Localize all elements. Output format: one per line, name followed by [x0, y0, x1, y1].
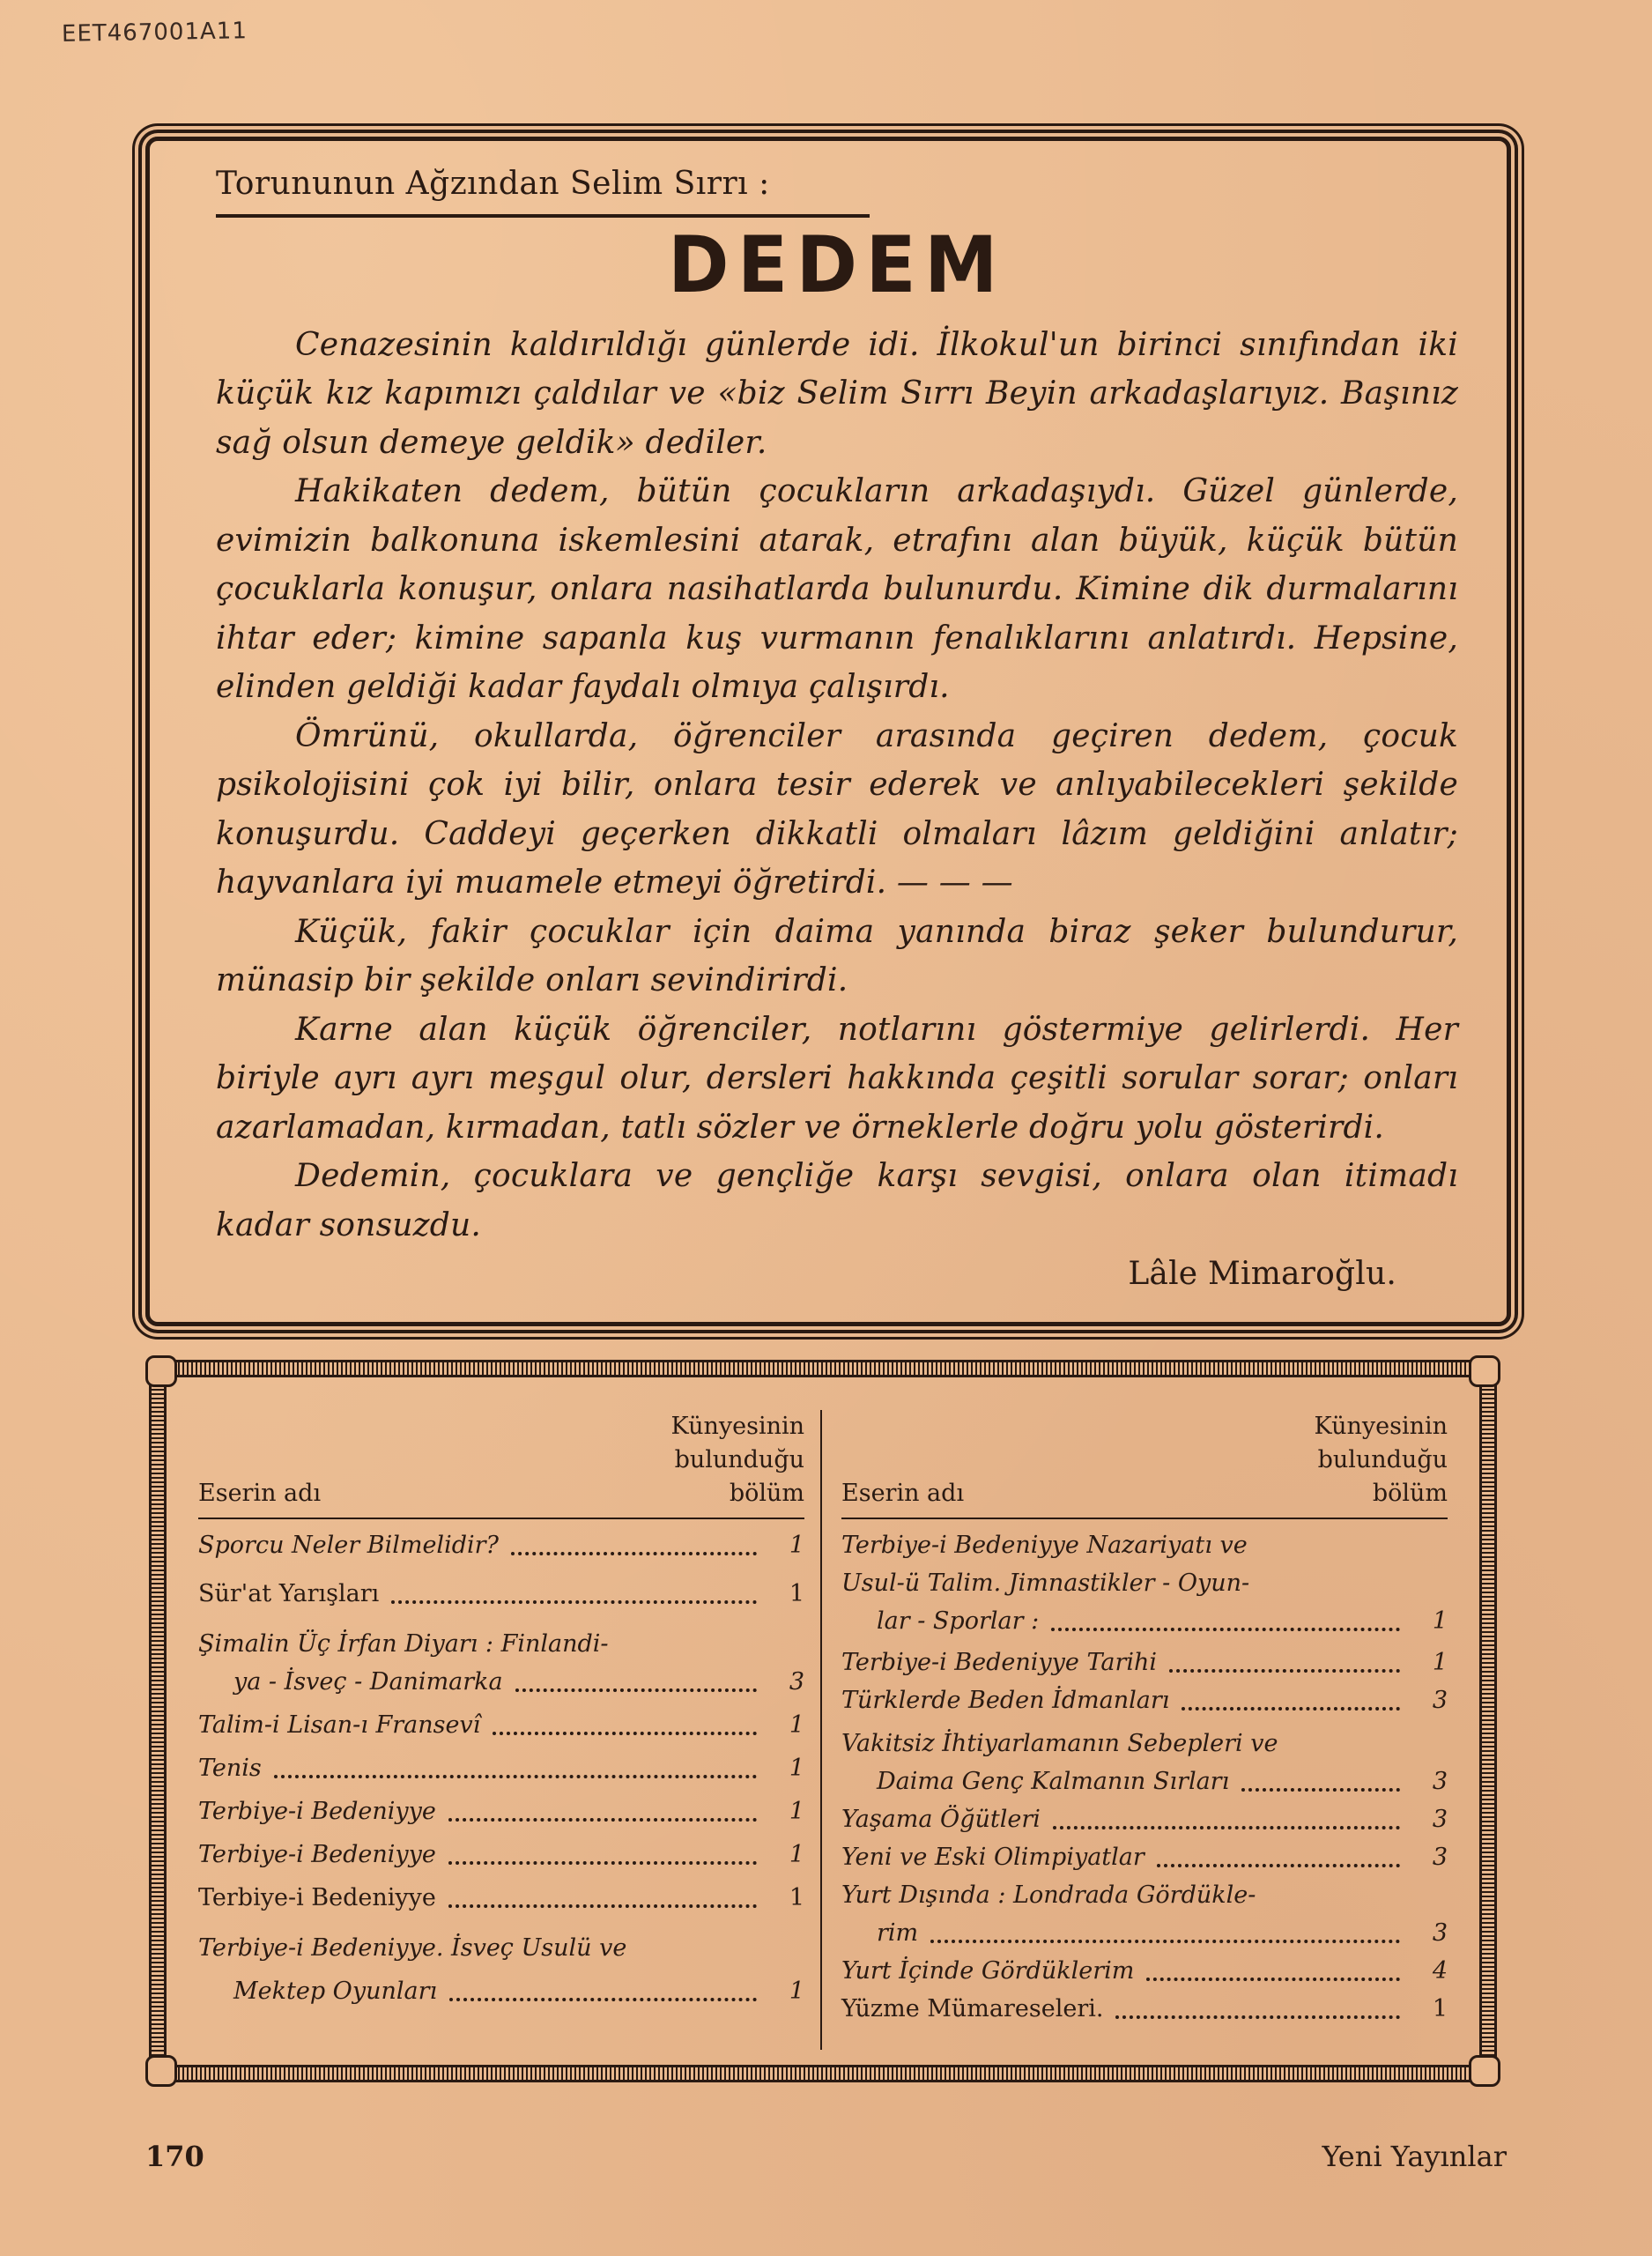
section-number: 1	[1412, 1602, 1448, 1640]
publication-name: Yeni Yayınlar	[1322, 2140, 1507, 2173]
header-section-line: bölüm	[671, 1477, 805, 1510]
table-row: Terbiye-i Bedeniyye Tarihi 1	[841, 1644, 1448, 1681]
corner-ornament-icon	[145, 2055, 177, 2087]
work-title: Daima Genç Kalmanın Sırları	[877, 1762, 1229, 1800]
section-number: 1	[1412, 1644, 1448, 1681]
section-number: 1	[769, 1792, 804, 1830]
corner-ornament-icon	[145, 1355, 177, 1387]
article-paragraph: Karne alan küçük öğrenciler, notlarını g…	[216, 1006, 1458, 1153]
page-number: 170	[145, 2140, 204, 2173]
catalog-column-right: Eserin adı Künyesinin bulunduğu bölüm Te…	[822, 1410, 1467, 2050]
article-paragraph: Dedemin, çocuklara ve gençliğe karşı sev…	[216, 1152, 1458, 1250]
kicker-rule	[216, 214, 870, 218]
table-row: Yüzme Mümareseleri. 1	[841, 1990, 1448, 2028]
section-number: 1	[1412, 1990, 1448, 2028]
work-title-line: Terbiye-i Bedeniyye Nazariyatı ve	[841, 1526, 1448, 1564]
table-row: Yaşama Öğütleri 3	[841, 1800, 1448, 1838]
work-title: Mektep Oyunları	[233, 1972, 437, 2010]
header-section-line: Künyesinin	[671, 1410, 805, 1443]
work-title: Talim-i Lisan-ı Fransevî	[198, 1706, 480, 1744]
section-number: 4	[1412, 1952, 1448, 1990]
table-row: Terbiye-i Bedeniyye 1	[198, 1792, 804, 1830]
table-row: Türklerde Beden İdmanları 3	[841, 1681, 1448, 1719]
work-title: Sporcu Neler Bilmelidir?	[198, 1526, 499, 1564]
section-number: 1	[769, 1575, 804, 1613]
article-headline: DEDEM	[247, 223, 1427, 308]
work-title-line: Vakitsiz İhtiyarlamanın Sebepleri ve	[841, 1725, 1448, 1762]
dot-leader	[448, 1903, 757, 1908]
work-title: Terbiye-i Bedeniyye	[198, 1792, 436, 1830]
table-row: Talim-i Lisan-ı Fransevî 1	[198, 1706, 804, 1744]
article-paragraph: Cenazesinin kaldırıldığı günlerde idi. İ…	[216, 321, 1458, 468]
article-content: Torununun Ağzından Selim Sırrı : DEDEM C…	[216, 166, 1458, 1299]
work-title-line: Usul-ü Talim. Jimnastikler - Oyun-	[841, 1564, 1448, 1602]
signature-line: Lâle Mimaroğlu.	[216, 1250, 1458, 1299]
table-row: Şimalin Üç İrfan Diyarı : Finlandi- ya -…	[198, 1625, 804, 1701]
table-row: Terbiye-i Bedeniyye 1	[198, 1836, 804, 1874]
work-title: Sür'at Yarışları	[198, 1575, 379, 1613]
dot-leader	[930, 1939, 1400, 1943]
page-footer: 170 Yeni Yayınlar	[145, 2140, 1507, 2173]
section-number: 3	[1412, 1838, 1448, 1876]
column-header: Eserin adı Künyesinin bulunduğu bölüm	[198, 1410, 804, 1519]
column-header: Eserin adı Künyesinin bulunduğu bölüm	[841, 1410, 1448, 1519]
table-row: Yeni ve Eski Olimpiyatlar 3	[841, 1838, 1448, 1876]
table-row: Terbiye-i Bedeniyye. İsveç Usulü ve Mekt…	[198, 1929, 804, 2010]
work-title: Yurt İçinde Gördüklerim	[841, 1952, 1134, 1990]
table-row: Vakitsiz İhtiyarlamanın Sebepleri ve Dai…	[841, 1725, 1448, 1800]
dot-leader	[448, 1860, 757, 1865]
ornamental-border-bottom	[165, 2065, 1481, 2082]
dot-leader	[511, 1551, 757, 1555]
article-paragraph: Küçük, fakir çocuklar için daima yanında…	[216, 908, 1458, 1006]
dot-leader	[1053, 1825, 1400, 1829]
work-title-line: Terbiye-i Bedeniyye. İsveç Usulü ve	[198, 1929, 804, 1967]
catalog-table: Eserin adı Künyesinin bulunduğu bölüm Sp…	[179, 1392, 1467, 2050]
header-section-line: bulunduğu	[671, 1443, 805, 1477]
table-row: Sporcu Neler Bilmelidir? 1	[198, 1526, 804, 1564]
dot-leader	[1051, 1627, 1400, 1631]
dot-leader	[1169, 1668, 1400, 1673]
work-title: Terbiye-i Bedeniyye	[198, 1836, 436, 1874]
header-section-line: bulunduğu	[1315, 1443, 1448, 1477]
ornamental-border-right	[1479, 1382, 1497, 2060]
work-title: Yeni ve Eski Olimpiyatlar	[841, 1838, 1145, 1876]
header-section-line: bölüm	[1315, 1477, 1448, 1510]
table-row: Tenis 1	[198, 1749, 804, 1787]
work-title: Tenis	[198, 1749, 262, 1787]
header-section-line: Künyesinin	[1315, 1410, 1448, 1443]
work-title: Yaşama Öğütleri	[841, 1800, 1041, 1838]
work-title-line: Şimalin Üç İrfan Diyarı : Finlandi-	[198, 1625, 804, 1663]
table-row: Yurt İçinde Gördüklerim 4	[841, 1952, 1448, 1990]
work-title: Türklerde Beden İdmanları	[841, 1681, 1169, 1719]
catalog-frame: Eserin adı Künyesinin bulunduğu bölüm Sp…	[145, 1355, 1500, 2087]
ornamental-border-top	[165, 1360, 1481, 1377]
dot-leader	[391, 1599, 757, 1604]
article-paragraph: Ömrünü, okullarda, öğrenciler arasında g…	[216, 712, 1458, 908]
dot-leader	[493, 1731, 757, 1735]
section-number: 1	[769, 1879, 804, 1917]
header-work-title: Eserin adı	[841, 1477, 964, 1510]
section-number: 3	[769, 1663, 804, 1701]
work-title: Yüzme Mümareseleri.	[841, 1990, 1103, 2028]
dot-leader	[1182, 1706, 1400, 1711]
header-section: Künyesinin bulunduğu bölüm	[1315, 1410, 1448, 1510]
section-number: 1	[769, 1706, 804, 1744]
article-kicker: Torununun Ağzından Selim Sırrı :	[216, 166, 1458, 202]
article-author: Lâle Mimaroğlu.	[1128, 1250, 1396, 1299]
dot-leader	[448, 1817, 757, 1822]
dot-leader	[515, 1688, 757, 1692]
section-number: 1	[769, 1836, 804, 1874]
header-work-title: Eserin adı	[198, 1477, 321, 1510]
dot-leader	[1157, 1863, 1400, 1867]
handwritten-catalog-number: EET467001A11	[62, 18, 248, 48]
corner-ornament-icon	[1469, 1355, 1500, 1387]
work-title: rim	[877, 1914, 918, 1952]
corner-ornament-icon	[1469, 2055, 1500, 2087]
work-title-line: Yurt Dışında : Londrada Gördükle-	[841, 1876, 1448, 1914]
article-frame: Torununun Ağzından Selim Sırrı : DEDEM C…	[145, 137, 1511, 1326]
table-row: Terbiye-i Bedeniyye Nazariyatı ve Usul-ü…	[841, 1526, 1448, 1640]
work-title: Terbiye-i Bedeniyye Tarihi	[841, 1644, 1157, 1681]
dot-leader	[1241, 1787, 1400, 1792]
section-number: 3	[1412, 1681, 1448, 1719]
section-number: 1	[769, 1972, 804, 2010]
work-title: lar - Sporlar :	[877, 1602, 1039, 1640]
dot-leader	[274, 1774, 757, 1778]
dot-leader	[1115, 2015, 1400, 2019]
table-row: Terbiye-i Bedeniyye 1	[198, 1879, 804, 1917]
header-section: Künyesinin bulunduğu bölüm	[671, 1410, 805, 1510]
section-number: 1	[769, 1749, 804, 1787]
article-paragraph: Hakikaten dedem, bütün çocukların arkada…	[216, 467, 1458, 712]
section-number: 3	[1412, 1800, 1448, 1838]
section-number: 1	[769, 1526, 804, 1564]
work-title: ya - İsveç - Danimarka	[233, 1663, 503, 1701]
section-number: 3	[1412, 1914, 1448, 1952]
article-body: Cenazesinin kaldırıldığı günlerde idi. İ…	[216, 321, 1458, 1299]
ornamental-border-left	[149, 1382, 167, 2060]
dot-leader	[449, 1997, 757, 2001]
table-row: Sür'at Yarışları 1	[198, 1575, 804, 1613]
catalog-column-left: Eserin adı Künyesinin bulunduğu bölüm Sp…	[179, 1410, 822, 2050]
section-number: 3	[1412, 1762, 1448, 1800]
table-row: Yurt Dışında : Londrada Gördükle- rim 3	[841, 1876, 1448, 1952]
work-title: Terbiye-i Bedeniyye	[198, 1879, 436, 1917]
dot-leader	[1146, 1977, 1400, 1981]
